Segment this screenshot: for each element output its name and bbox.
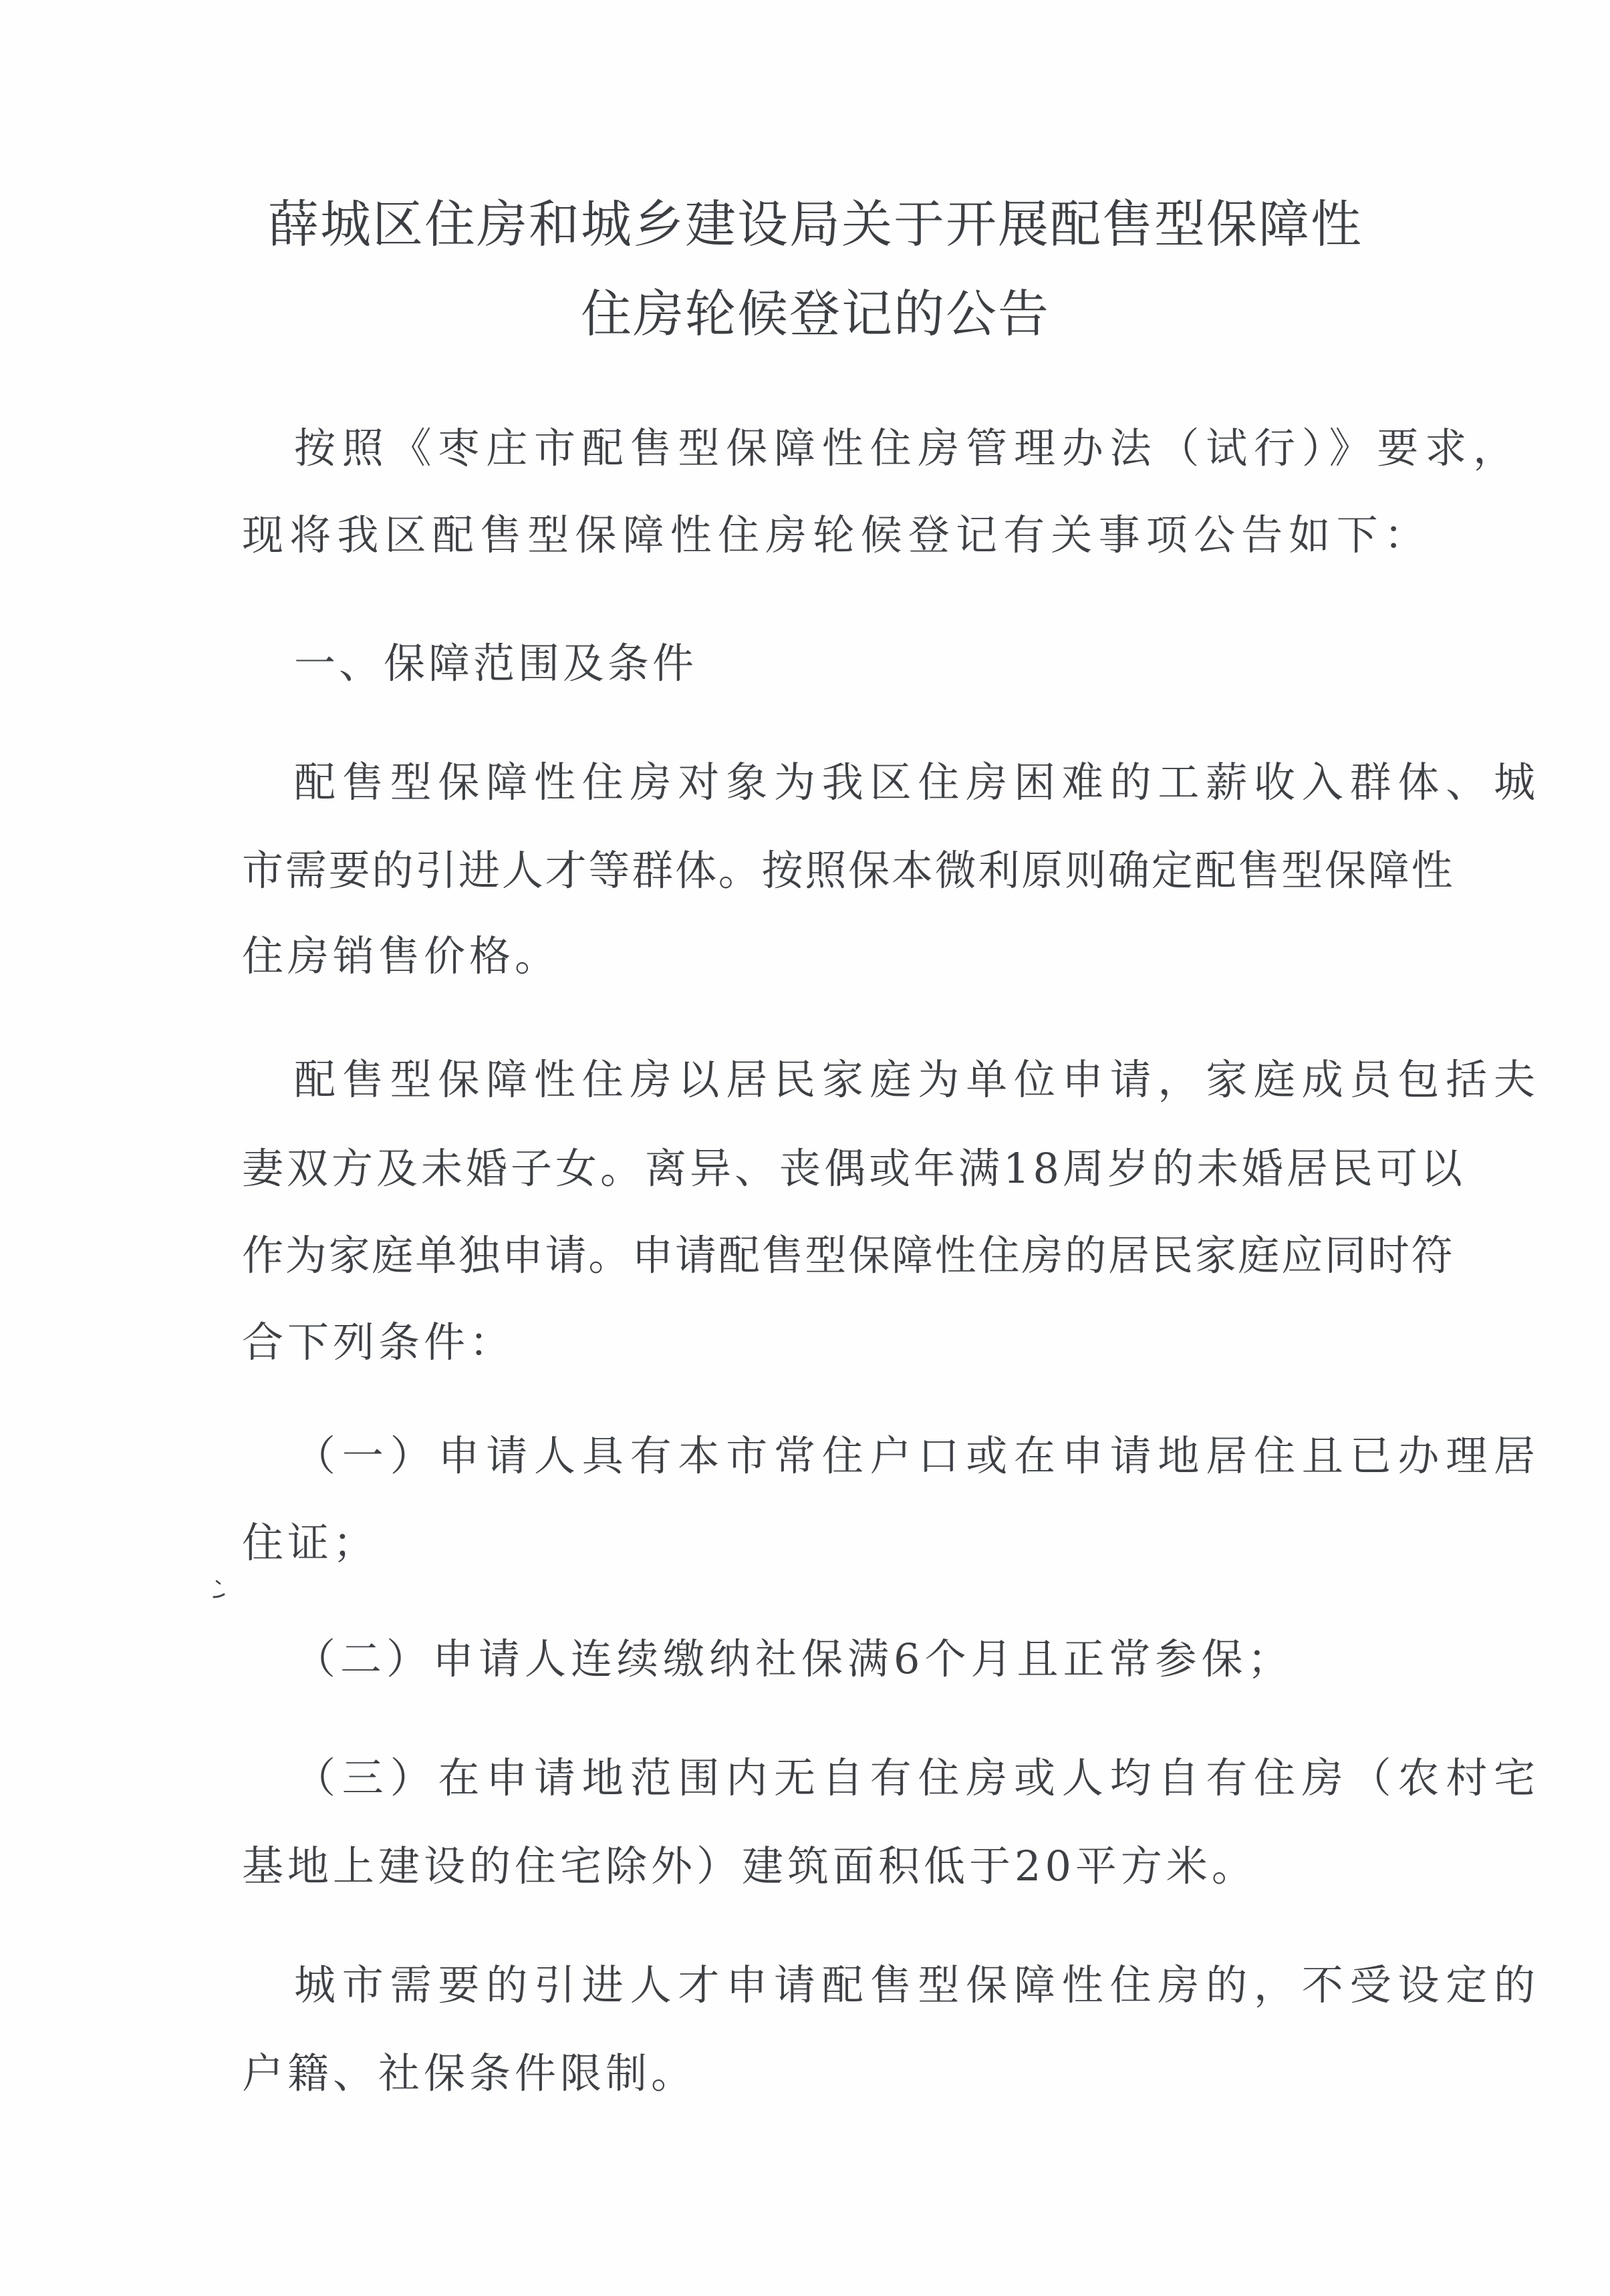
intro-paragraph-line-1: 按照《枣庄市配售型保障性住房管理办法（试行）》要求， [294,428,1391,469]
family-paragraph-line-4: 合下列条件： [242,1322,1391,1363]
scope-paragraph-line-1: 配售型保障性住房对象为我区住房困难的工薪收入群体、城 [294,762,1391,803]
document-title-line-1: 薛城区住房和城乡建设局关于开展配售型保障性 [227,199,1403,250]
condition-1-line-1: （一）申请人具有本市常住户口或在申请地居住且已办理居 [294,1435,1391,1477]
scanned-document-page: 薛城区住房和城乡建设局关于开展配售型保障性 住房轮候登记的公告 按照《枣庄市配售… [0,0,1610,2296]
document-title-line-2: 住房轮候登记的公告 [227,289,1403,339]
condition-3-line-1: （三）在申请地范围内无自有住房或人均自有住房（农村宅 [294,1757,1391,1799]
scope-paragraph-line-3: 住房销售价格。 [242,936,1391,977]
scan-artifact-mark [211,1578,226,1601]
scope-paragraph-line-2: 市需要的引进人才等群体。按照保本微利原则确定配售型保障性 [242,850,1391,891]
condition-2: （二）申请人连续缴纳社保满6个月且正常参保； [294,1638,1391,1680]
condition-1-line-2: 住证； [242,1522,1391,1564]
family-paragraph-line-2: 妻双方及未婚子女。离异、丧偶或年满18周岁的未婚居民可以 [242,1148,1391,1189]
family-paragraph-line-3: 作为家庭单独申请。申请配售型保障性住房的居民家庭应同时符 [242,1235,1391,1276]
talent-paragraph-line-1: 城市需要的引进人才申请配售型保障性住房的，不受设定的 [294,1965,1391,2006]
talent-paragraph-line-2: 户籍、社保条件限制。 [242,2053,1391,2094]
family-paragraph-line-1: 配售型保障性住房以居民家庭为单位申请，家庭成员包括夫 [294,1059,1391,1101]
section-heading: 一、保障范围及条件 [294,643,1391,684]
intro-paragraph-line-2: 现将我区配售型保障性住房轮候登记有关事项公告如下： [242,515,1391,556]
condition-3-line-2: 基地上建设的住宅除外）建筑面积低于20平方米。 [242,1846,1391,1887]
